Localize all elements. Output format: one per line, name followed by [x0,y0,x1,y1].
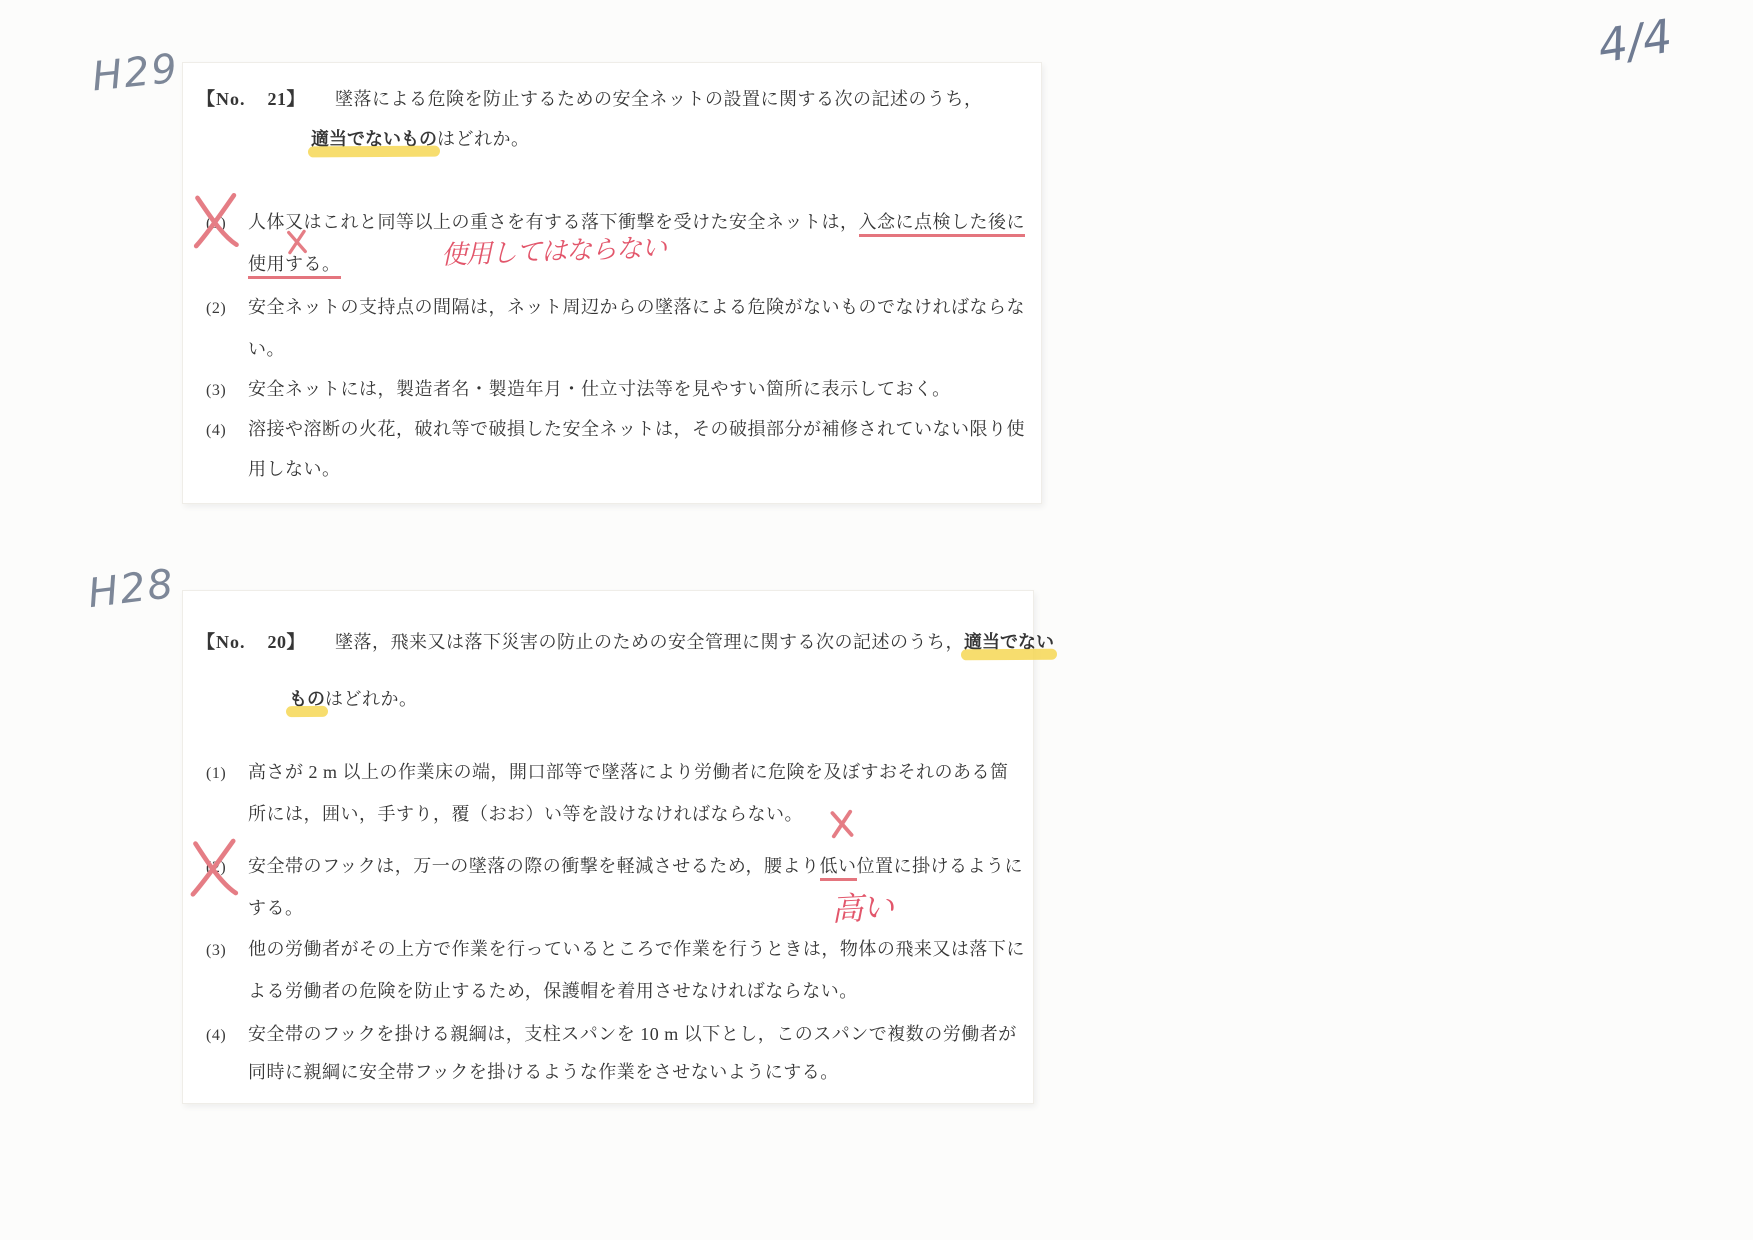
option-3-text-wrap: よる労働者の危険を防止するため，保護帽を着用させなければならない。 [248,981,858,1001]
scanned-exam-sheet: 4/4 H29 【No.21】墜落による危険を防止するための安全ネットの設置に関… [0,0,1753,1240]
question-number-bracket: 【No. [197,632,246,652]
option-2-red-underlined-text: 低い [820,856,857,881]
option-3-number: (3) [206,938,248,964]
question-number-value: 21】 [268,89,306,109]
question-21-stem-text: 墜落による危険を防止するための安全ネットの設置に関する次の記述のうち， [335,89,983,109]
stem-tail-text: はどれか。 [325,689,418,709]
question-21-option-2-line2: い。 [248,336,285,362]
handwritten-page-number: 4/4 [1594,9,1676,74]
not-appropriate-emphasis-highlighted-part1: 適当でない [964,632,1054,652]
question-20-option-4-line2: 同時に親綱に安全帯フックを掛けるような作業をさせないようにする。 [248,1059,839,1085]
option-2-incorrect-x-mark-icon [189,837,241,897]
question-21-header-line1: 【No.21】墜落による危険を防止するための安全ネットの設置に関する次の記述のう… [197,86,983,112]
option-1-text-wrap: 所には，囲い，手すり，覆（おお）い等を設けなければならない。 [248,804,803,824]
handwritten-year-note-h29: H29 [90,46,181,101]
option-4-number: (4) [206,1023,248,1049]
question-20-option-3-line1: (3)他の労働者がその上方で作業を行っているところで作業を行うときは，物体の飛来… [206,936,1025,964]
option-1-red-underlined-text2: 使用する。 [248,254,341,279]
question-20-option-4-line1: (4)安全帯のフックを掛ける親綱は，支柱スパンを 10 m 以下とし，このスパン… [206,1021,1017,1049]
option-1-text: 高さが 2 m 以上の作業床の端，開口部等で墜落により労働者に危険を及ぼすおそれ… [248,762,1009,782]
question-21-option-2-line1: (2)安全ネットの支持点の間隔は，ネット周辺からの墜落による危険がないものでなけ… [206,294,1025,322]
question-21-option-3-line1: (3)安全ネットには，製造者名・製造年月・仕立寸法等を見やすい箇所に表示しておく… [206,376,951,404]
handwritten-red-correction-note: 高い [830,881,894,930]
question-20-header-line2: ものはどれか。 [289,686,418,712]
question-20-option-1-line1: (1)高さが 2 m 以上の作業床の端，開口部等で墜落により労働者に危険を及ぼす… [206,759,1009,787]
option-2-text: 安全帯のフックは，万一の墜落の際の衝撃を軽減させるため，腰より [248,856,820,876]
option-1-small-x-mark-icon [285,229,309,255]
question-21-option-4-line1: (4)溶接や溶断の火花，破れ等で破損した安全ネットは，その破損部分が補修されてい… [206,416,1025,444]
option-4-text: 安全帯のフックを掛ける親綱は，支柱スパンを 10 m 以下とし，このスパンで複数… [248,1024,1017,1044]
question-21-paper-strip: 【No.21】墜落による危険を防止するための安全ネットの設置に関する次の記述のう… [182,62,1042,504]
option-1-number: (1) [206,761,248,787]
option-4-text-wrap: 用しない。 [248,459,341,479]
option-2-text-wrap: する。 [248,898,304,918]
question-20-option-1-line2: 所には，囲い，手すり，覆（おお）い等を設けなければならない。 [248,801,803,827]
stem-tail-text: はどれか。 [437,129,530,149]
option-2-number: (2) [206,296,248,322]
option-1-red-underlined-text: 入念に点検した後に [859,212,1026,237]
option-4-text: 溶接や溶断の火花，破れ等で破損した安全ネットは，その破損部分が補修されていない限… [248,419,1025,439]
option-1-text: 人体又はこれと同等以上の重さを有する落下衝撃を受けた安全ネットは， [248,212,859,232]
option-4-text-wrap: 同時に親綱に安全帯フックを掛けるような作業をさせないようにする。 [248,1062,839,1082]
handwritten-year-note-h28: H28 [86,561,178,617]
option-4-number: (4) [206,418,248,444]
option-2-small-x-mark-icon [828,809,856,839]
question-20-option-3-line2: よる労働者の危険を防止するため，保護帽を着用させなければならない。 [248,978,858,1004]
question-21-header-line2: 適当でないものはどれか。 [311,126,530,152]
question-20-option-2-line2: する。 [248,895,304,921]
question-number-value: 20】 [268,632,306,652]
question-20-option-2-line1: (2)安全帯のフックは，万一の墜落の際の衝撃を軽減させるため，腰より低い位置に掛… [206,853,1023,881]
question-21-option-4-line2: 用しない。 [248,456,341,482]
option-3-number: (3) [206,378,248,404]
option-1-incorrect-x-mark-icon [191,191,243,249]
not-appropriate-emphasis-highlighted: 適当でないもの [311,129,437,149]
question-20-stem-text: 墜落，飛来又は落下災害の防止のための安全管理に関する次の記述のうち， [335,632,964,652]
question-number-bracket: 【No. [197,89,246,109]
option-3-text: 他の労働者がその上方で作業を行っているところで作業を行うときは，物体の飛来又は落… [248,939,1025,959]
question-20-paper-strip: 【No.20】墜落，飛来又は落下災害の防止のための安全管理に関する次の記述のうち… [182,590,1034,1104]
option-3-text: 安全ネットには，製造者名・製造年月・仕立寸法等を見やすい箇所に表示しておく。 [248,379,951,399]
option-2-text-after: 位置に掛けるように [857,856,1024,876]
option-2-text-wrap: い。 [248,339,285,359]
handwritten-red-correction-note: 使用してはならない [440,227,666,272]
question-20-header-line1: 【No.20】墜落，飛来又は落下災害の防止のための安全管理に関する次の記述のうち… [197,629,1054,655]
option-2-text: 安全ネットの支持点の間隔は，ネット周辺からの墜落による危険がないものでなければな… [248,297,1025,317]
not-appropriate-emphasis-highlighted-part2: もの [289,689,325,709]
